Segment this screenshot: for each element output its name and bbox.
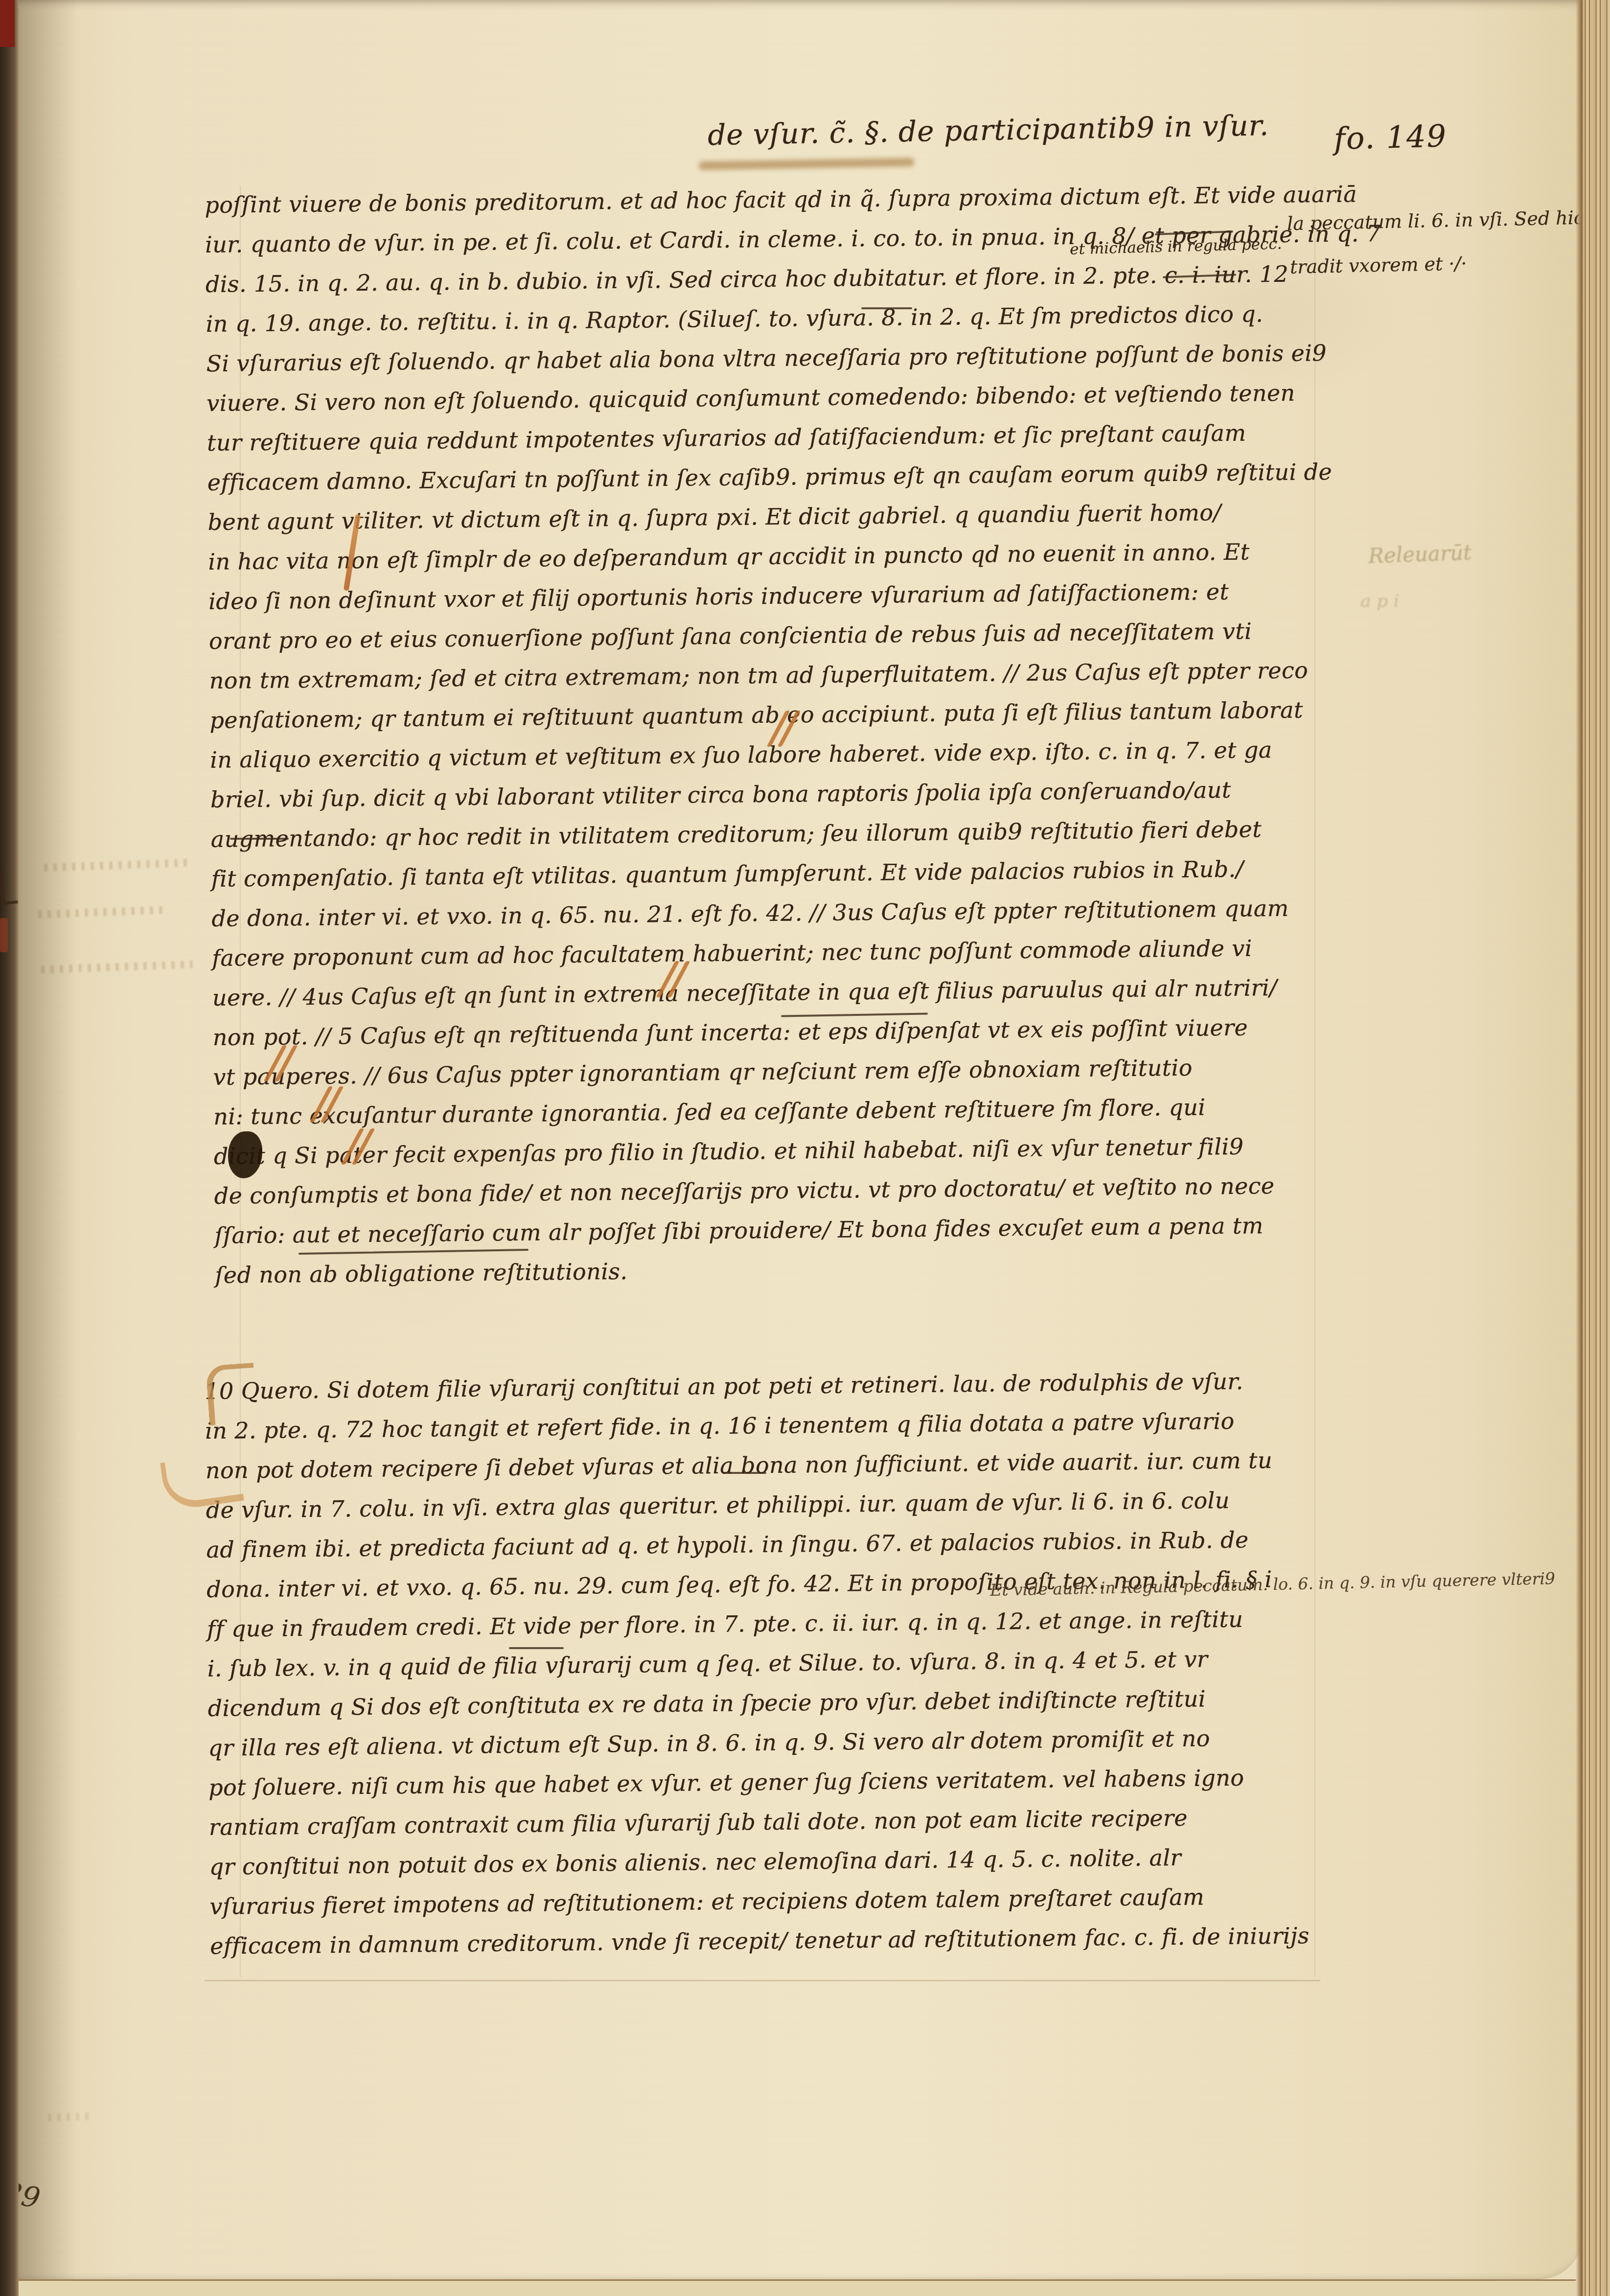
- fore-edge-page-stack: [1583, 0, 1610, 2296]
- faded-margin-note-2: a p i: [1360, 591, 1399, 611]
- margin-note-top-right-line2: tradit vxorem et ·/·: [1290, 253, 1467, 278]
- underlying-page-edge: [19, 2279, 1576, 2296]
- header-ink-smudge: [699, 158, 914, 170]
- parchment-page: de vſur. c̃. §. de participantib9 in vſu…: [19, 0, 1583, 2279]
- ink-underline: [230, 838, 289, 840]
- text-paragraph-2: 10 Quero. Si dotem filie vſurarij conſti…: [205, 1367, 1331, 1973]
- ink-underline: [722, 1472, 766, 1474]
- binding-red-mark-2: [0, 918, 8, 952]
- gutter-shadow: [19, 0, 77, 2296]
- margin-note-top-right-line1: la peccatum li. 6. in vſi. Sed hic que: [1287, 206, 1610, 234]
- folio-number: fo. 149: [1334, 118, 1448, 157]
- ruling-line-bottom: [205, 1980, 1320, 1981]
- running-title: de vſur. c̃. §. de participantib9 in vſu…: [707, 109, 1269, 152]
- faded-margin-note: Releuarūt: [1368, 540, 1472, 568]
- binding-red-mark: [0, 0, 15, 47]
- binding-gutter: [0, 0, 19, 2296]
- manuscript-scan: de vſur. c̃. §. de participantib9 in vſu…: [0, 0, 1610, 2296]
- ink-underline: [861, 307, 912, 309]
- ink-underline: [509, 1647, 564, 1649]
- page-right-edge: [1576, 0, 1583, 2296]
- paragraph-bracket: [206, 1363, 257, 1426]
